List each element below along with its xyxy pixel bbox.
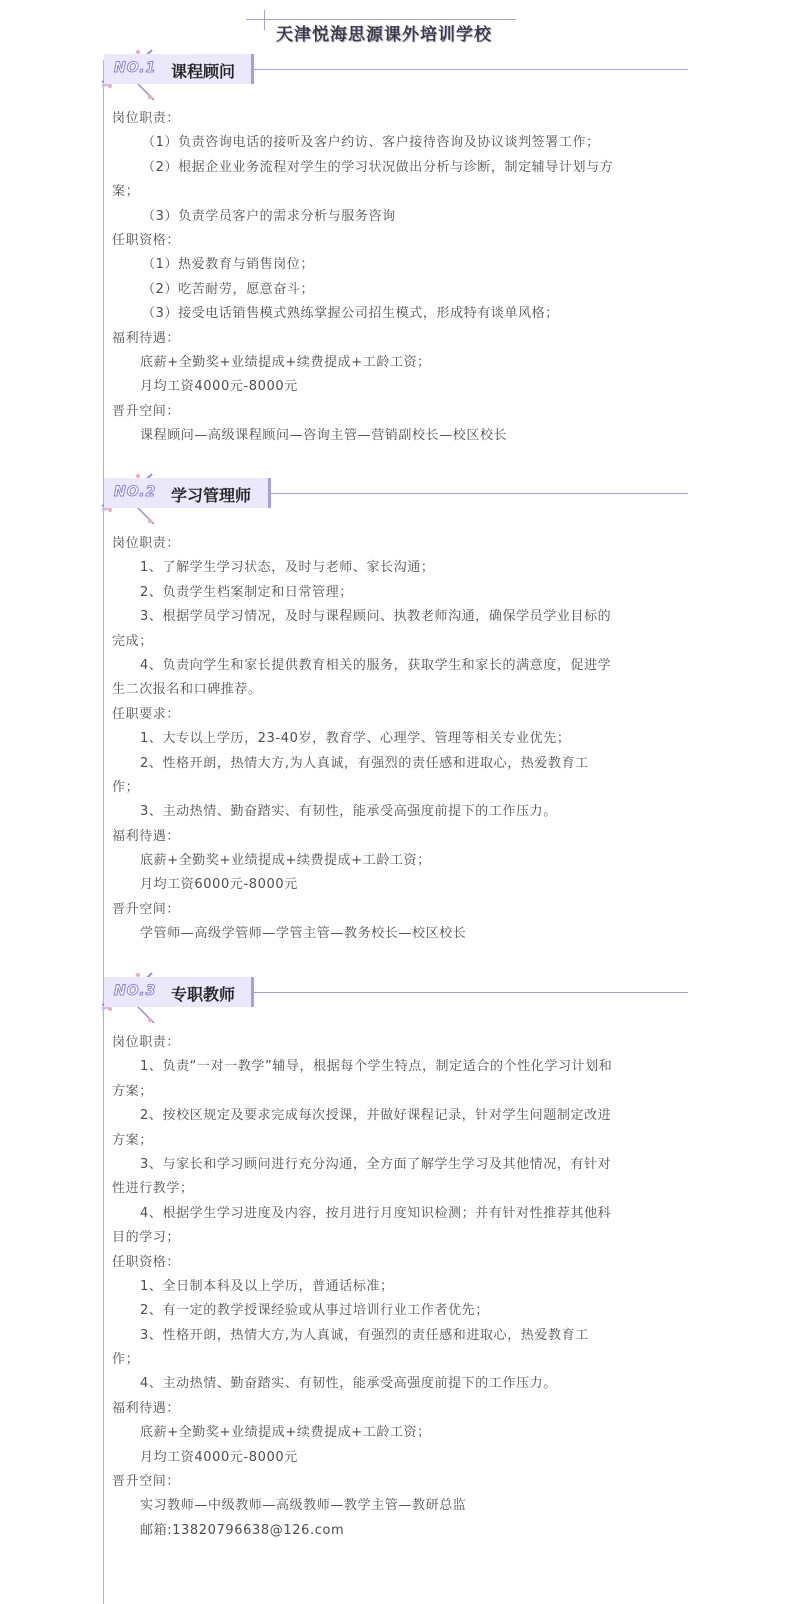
section-line-item: 4、负责向学生和家长提供教育相关的服务，获取学生和家长的满意度，促进学	[112, 654, 692, 678]
section-line-item: （1）热爱教育与销售岗位；	[112, 253, 692, 277]
section-line-item: 1、全日制本科及以上学历，普通话标准；	[112, 1275, 692, 1299]
section-line-item: 邮箱:13820796638@126.com	[112, 1519, 692, 1543]
section-line-item: 4、根据学生学习进度及内容，按月进行月度知识检测；并有针对性推荐其他科	[112, 1202, 692, 1226]
header-rule	[254, 69, 688, 70]
section-line-heading: 福利待遇：	[112, 327, 692, 351]
section-line-heading: 任职要求：	[112, 703, 692, 727]
section-line-heading: 作；	[112, 776, 692, 800]
section-number-badge: NO.1	[114, 60, 156, 76]
header-rule	[271, 493, 688, 494]
section-header-1: NO.1 课程顾问	[104, 42, 704, 102]
section-body-3: 岗位职责：1、负责“一对一教学”辅导，根据每个学生特点，制定适合的个性化学习计划…	[112, 1031, 692, 1543]
section-line-heading: 方案；	[112, 1080, 692, 1104]
section-line-heading: 作；	[112, 1348, 692, 1372]
title-decor-vline	[264, 10, 265, 30]
section-line-item: 1、大专以上学历，23-40岁，教育学、心理学、管理等相关专业优先；	[112, 727, 692, 751]
section-line-heading: 福利待遇：	[112, 1397, 692, 1421]
section-line-heading: 岗位职责：	[112, 1031, 692, 1055]
section-line-item: 3、根据学员学习情况，及时与课程顾问、执教老师沟通，确保学员学业目标的	[112, 605, 692, 629]
section-header-3: NO.3 专职教师	[104, 965, 704, 1025]
section-line-item: 2、性格开朗，热情大方,为人真诚，有强烈的责任感和进取心，热爱教育工	[112, 752, 692, 776]
section-line-item: 3、性格开朗，热情大方,为人真诚，有强烈的责任感和进取心，热爱教育工	[112, 1324, 692, 1348]
section-body-1: 岗位职责：（1）负责咨询电话的接听及客户约访、客户接待咨询及协议谈判签署工作；（…	[112, 107, 692, 448]
section-line-item: 实习教师—中级教师—高级教师—教学主管—教研总监	[112, 1494, 692, 1518]
section-line-item: 月均工资4000元-8000元	[112, 1446, 692, 1470]
section-body-2: 岗位职责：1、了解学生学习状态，及时与老师、家长沟通；2、负责学生档案制定和日常…	[112, 532, 692, 947]
section-line-item: 4、主动热情、勤奋踏实、有韧性，能承受高强度前提下的工作压力。	[112, 1372, 692, 1396]
section-number-badge: NO.2	[114, 484, 156, 500]
section-line-item: 底薪+全勤奖+业绩提成+续费提成+工龄工资；	[112, 849, 692, 873]
section-line-item: （1）负责咨询电话的接听及客户约访、客户接待咨询及协议谈判签署工作；	[112, 131, 692, 155]
section-line-item: 学管师—高级学管师—学管主管—教务校长—校区校长	[112, 922, 692, 946]
section-title: 课程顾问	[171, 59, 235, 82]
section-line-heading: 任职资格：	[112, 229, 692, 253]
section-header-2: NO.2 学习管理师	[104, 466, 704, 526]
section-line-heading: 晋升空间：	[112, 1470, 692, 1494]
section-line-item: （3）接受电话销售模式熟练掌握公司招生模式，形成特有谈单风格；	[112, 302, 692, 326]
section-line-item: 1、负责“一对一教学”辅导，根据每个学生特点，制定适合的个性化学习计划和	[112, 1055, 692, 1079]
section-line-item: 底薪+全勤奖+业绩提成+续费提成+工龄工资；	[112, 351, 692, 375]
section-line-item: 2、有一定的教学授课经验或从事过培训行业工作者优先；	[112, 1299, 692, 1323]
section-line-item: 月均工资6000元-8000元	[112, 873, 692, 897]
section-line-item: （2）根据企业业务流程对学生的学习状况做出分析与诊断，制定辅导计划与方	[112, 156, 692, 180]
section-line-item: 3、主动热情、勤奋踏实、有韧性，能承受高强度前提下的工作压力。	[112, 800, 692, 824]
section-line-item: 底薪+全勤奖+业绩提成+续费提成+工龄工资；	[112, 1421, 692, 1445]
section-line-item: （3）负责学员客户的需求分析与服务咨询	[112, 205, 692, 229]
section-line-heading: 完成；	[112, 630, 692, 654]
section-line-heading: 岗位职责：	[112, 107, 692, 131]
section-line-item: 1、了解学生学习状态，及时与老师、家长沟通；	[112, 556, 692, 580]
section-line-heading: 任职资格：	[112, 1251, 692, 1275]
section-line-heading: 生二次报名和口碑推荐。	[112, 678, 692, 702]
section-line-heading: 方案；	[112, 1129, 692, 1153]
section-line-heading: 目的学习；	[112, 1226, 692, 1250]
section-number-badge: NO.3	[114, 983, 156, 999]
section-line-item: 2、按校区规定及要求完成每次授课，并做好课程记录，针对学生问题制定改进	[112, 1104, 692, 1128]
section-line-heading: 岗位职责：	[112, 532, 692, 556]
section-line-item: 2、负责学生档案制定和日常管理；	[112, 581, 692, 605]
section-line-heading: 晋升空间：	[112, 400, 692, 424]
section-line-heading: 晋升空间：	[112, 898, 692, 922]
header-rule	[254, 992, 688, 993]
section-line-heading: 福利待遇：	[112, 825, 692, 849]
section-title: 专职教师	[171, 982, 235, 1005]
section-line-heading: 性进行教学；	[112, 1177, 692, 1201]
section-line-item: 月均工资4000元-8000元	[112, 375, 692, 399]
section-line-item: （2）吃苦耐劳，愿意奋斗；	[112, 278, 692, 302]
section-title: 学习管理师	[171, 483, 251, 506]
section-line-item: 课程顾问—高级课程顾问—咨询主管—营销副校长—校区校长	[112, 424, 692, 448]
section-line-item: 3、与家长和学习顾问进行充分沟通，全方面了解学生学习及其他情况，有针对	[112, 1153, 692, 1177]
left-vertical-rule	[103, 60, 104, 1604]
section-line-heading: 案；	[112, 180, 692, 204]
